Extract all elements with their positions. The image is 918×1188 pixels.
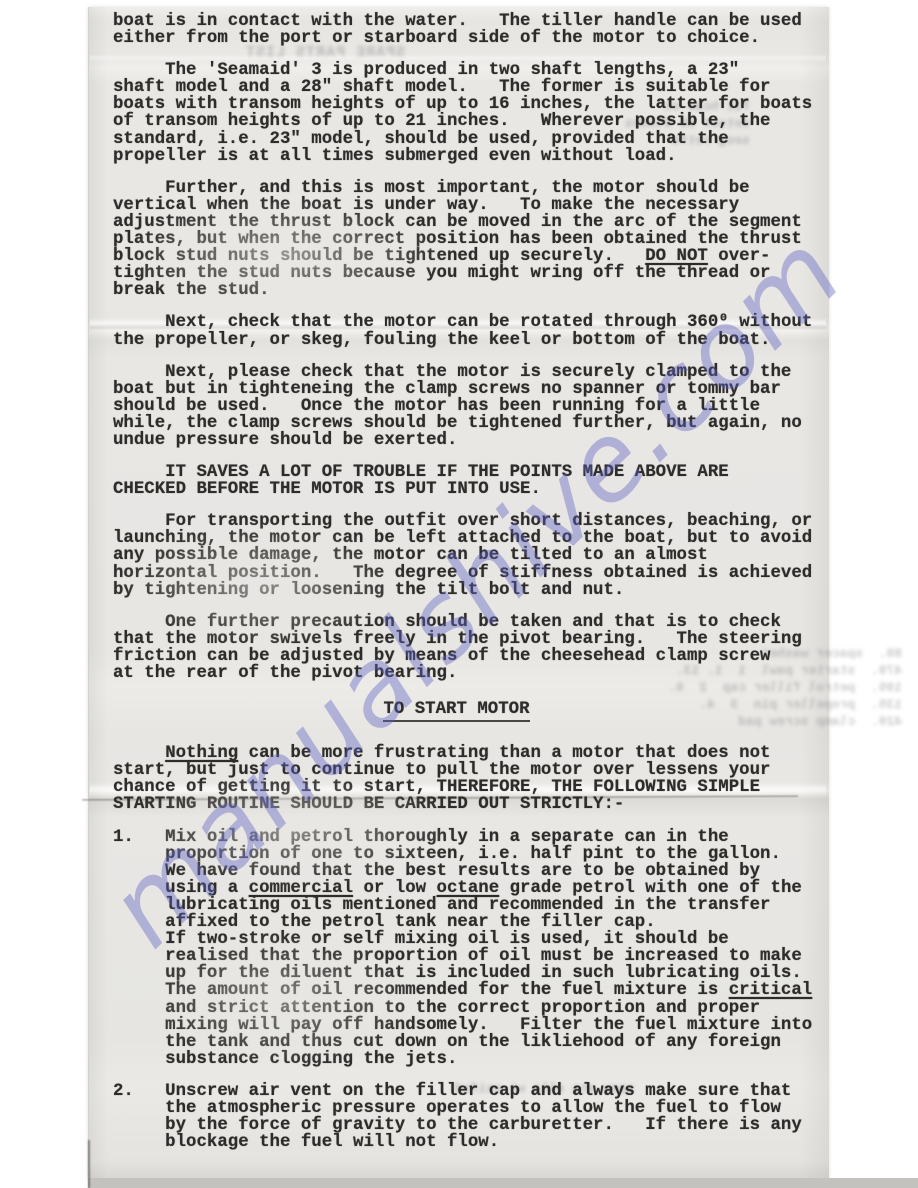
document-line: and strict attention to the correct prop… <box>113 1000 828 1017</box>
document-line: STARTING ROUTINE SHOULD BE CARRIED OUT S… <box>113 796 828 813</box>
document-line: realised that the proportion of oil must… <box>113 948 828 965</box>
document-line: Next, check that the motor can be rotate… <box>113 314 828 331</box>
document-line: break the stud. <box>113 282 828 299</box>
document-line: The 'Seamaid' 3 is produced in two shaft… <box>113 62 828 79</box>
document-line: lubricating oils mentioned and recommend… <box>113 897 828 914</box>
document-line: any possible damage, the motor can be ti… <box>113 547 828 564</box>
document-line: the atmospheric pressure operates to all… <box>113 1100 828 1117</box>
text-segment: either from the port or starboard side o… <box>113 29 760 48</box>
text-segment: substance clogging the jets. <box>113 1050 457 1069</box>
document-line: tighten the stud nuts because you might … <box>113 265 828 282</box>
document-line: boat is in contact with the water. The t… <box>113 13 828 30</box>
underlined-text: TO START MOTOR <box>383 700 529 722</box>
numbered-item: 1. Mix oil and petrol thoroughly in a se… <box>113 829 828 1068</box>
document-line: using a commercial or low octane grade p… <box>113 880 828 897</box>
document-line: launching, the motor can be left attache… <box>113 530 828 547</box>
document-line: horizontal position. The degree of stiff… <box>113 565 828 582</box>
text-segment: STARTING ROUTINE SHOULD BE CARRIED OUT S… <box>113 795 624 814</box>
document-line: that the motor swivels freely in the piv… <box>113 631 828 648</box>
document-text: boat is in contact with the water. The t… <box>113 13 828 1166</box>
paper-edge-shadow <box>88 1140 90 1188</box>
document-line: adjustment the thrust block can be moved… <box>113 214 828 231</box>
document-line: undue pressure should be exerted. <box>113 432 828 449</box>
document-line: 2. Unscrew air vent on the filler cap an… <box>113 1083 828 1100</box>
document-line: friction can be adjusted by means of the… <box>113 648 828 665</box>
document-line: by tightening or loosening the tilt bolt… <box>113 582 828 599</box>
scanned-manual-page: boat is in contact with the water. The t… <box>0 0 918 1188</box>
document-line: CHECKED BEFORE THE MOTOR IS PUT INTO USE… <box>113 481 828 498</box>
document-line: the tank and thus cut down on the liklie… <box>113 1034 828 1051</box>
document-line: standard, i.e. 23" model, should be used… <box>113 131 828 148</box>
document-line: Further, and this is most important, the… <box>113 180 828 197</box>
text-segment: break the stud. <box>113 281 270 300</box>
document-line: plates, but when the correct position ha… <box>113 231 828 248</box>
document-line: The amount of oil recommended for the fu… <box>113 982 828 999</box>
document-line: substance clogging the jets. <box>113 1051 828 1068</box>
text-segment: propeller is at all times submerged even… <box>113 147 677 166</box>
document-line: either from the port or starboard side o… <box>113 30 828 47</box>
paragraph: IT SAVES A LOT OF TROUBLE IF THE POINTS … <box>113 464 828 498</box>
document-line: up for the diluent that is included in s… <box>113 965 828 982</box>
document-line: mixing will pay off handsomely. Filter t… <box>113 1017 828 1034</box>
document-line: 1. Mix oil and petrol thoroughly in a se… <box>113 829 828 846</box>
document-line: of transom heights of up to 21 inches. W… <box>113 113 828 130</box>
page-bottom-edge <box>88 1178 918 1188</box>
text-segment: at the rear of the pivot bearing. <box>113 664 457 683</box>
text-segment: by tightening or loosening the tilt bolt… <box>113 581 624 600</box>
text-segment: the propeller, or skeg, fouling the keel… <box>113 331 770 350</box>
document-line: blockage the fuel will not flow. <box>113 1134 828 1151</box>
document-line: the propeller, or skeg, fouling the keel… <box>113 332 828 349</box>
document-line: propeller is at all times submerged even… <box>113 148 828 165</box>
document-line: chance of getting it to start, THEREFORE… <box>113 779 828 796</box>
document-line: TO START MOTOR <box>99 701 814 718</box>
paragraph: One further precaution should be taken a… <box>113 614 828 682</box>
numbered-item: 2. Unscrew air vent on the filler cap an… <box>113 1083 828 1151</box>
text-segment: undue pressure should be exerted. <box>113 431 457 450</box>
paragraph: Nothing can be more frustrating than a m… <box>113 745 828 813</box>
document-line: vertical when the boat is under way. To … <box>113 197 828 214</box>
paragraph: Next, check that the motor can be rotate… <box>113 314 828 348</box>
document-line: boats with transom heights of up to 16 i… <box>113 96 828 113</box>
document-line: For transporting the outfit over short d… <box>113 513 828 530</box>
paragraph: Further, and this is most important, the… <box>113 180 828 300</box>
document-line: Nothing can be more frustrating than a m… <box>113 745 828 762</box>
document-line: by the force of gravity to the carburett… <box>113 1117 828 1134</box>
paragraph: Next, please check that the motor is sec… <box>113 364 828 449</box>
paragraph: boat is in contact with the water. The t… <box>113 13 828 47</box>
document-line: affixed to the petrol tank near the fill… <box>113 914 828 931</box>
document-line: at the rear of the pivot bearing. <box>113 665 828 682</box>
text-segment: CHECKED BEFORE THE MOTOR IS PUT INTO USE… <box>113 480 541 499</box>
text-segment: blockage the fuel will not flow. <box>113 1133 499 1152</box>
section-heading: TO START MOTOR <box>99 701 814 718</box>
paragraph: For transporting the outfit over short d… <box>113 513 828 598</box>
document-line: One further precaution should be taken a… <box>113 614 828 631</box>
document-line: while, the clamp screws should be tighte… <box>113 415 828 432</box>
document-line: We have found that the best results are … <box>113 863 828 880</box>
document-line: boat but in tighteneing the clamp screws… <box>113 381 828 398</box>
document-line: should be used. Once the motor has been … <box>113 398 828 415</box>
document-line: block stud nuts should be tightened up s… <box>113 248 828 265</box>
paragraph: The 'Seamaid' 3 is produced in two shaft… <box>113 62 828 165</box>
document-line: start, but just to continue to pull the … <box>113 762 828 779</box>
document-line: proportion of one to sixteen, i.e. half … <box>113 846 828 863</box>
document-line: Next, please check that the motor is sec… <box>113 364 828 381</box>
document-line: If two-stroke or self mixing oil is used… <box>113 931 828 948</box>
document-line: shaft model and a 28" shaft model. The f… <box>113 79 828 96</box>
document-line: IT SAVES A LOT OF TROUBLE IF THE POINTS … <box>113 464 828 481</box>
